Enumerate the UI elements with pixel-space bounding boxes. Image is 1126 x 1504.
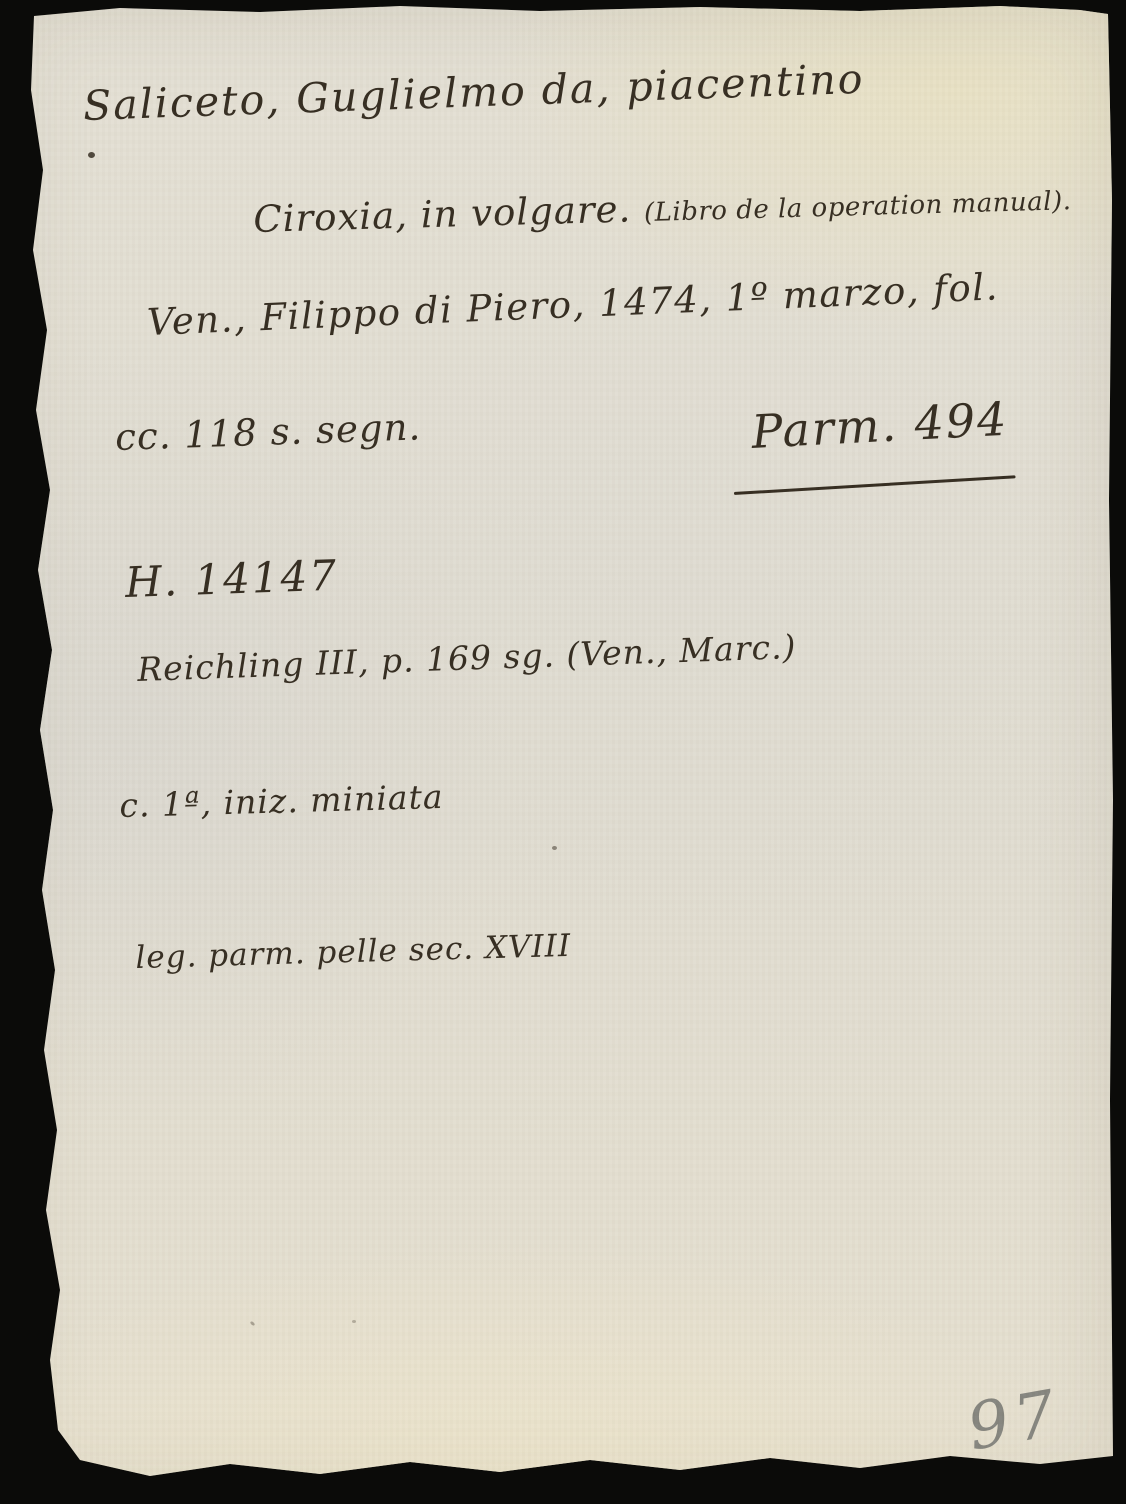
collation-note: cc. 118 s. segn.: [114, 405, 421, 459]
ink-speck: [250, 1321, 256, 1327]
catalog-card: Saliceto, Guglielmo da, piacentino Cirox…: [0, 0, 1126, 1504]
shelfmark-underline: [734, 475, 1016, 495]
illumination-note: c. 1ª, iniz. miniata: [119, 777, 444, 825]
author-heading: Saliceto, Guglielmo da, piacentino: [82, 55, 865, 130]
reichling-reference: Reichling III, p. 169 sg. (Ven., Marc.): [137, 627, 797, 689]
title-text: Ciroxia, in volgare.: [253, 187, 632, 241]
hain-reference: H. 14147: [124, 551, 339, 607]
imprint-line: Ven., Filippo di Piero, 1474, 1º marzo, …: [146, 265, 999, 344]
binding-note: leg. parm. pelle sec. XVIII: [135, 928, 572, 976]
ink-speck: [552, 846, 557, 850]
scan-backdrop: Saliceto, Guglielmo da, piacentino Cirox…: [0, 0, 1126, 1504]
title-parenthetical: (Libro de la operation manual).: [644, 186, 1072, 228]
ink-speck: [88, 152, 95, 158]
shelfmark: Parm. 494: [750, 392, 1009, 459]
ink-speck: [352, 1320, 356, 1323]
pencil-page-number: 97: [962, 1376, 1067, 1465]
title-line: Ciroxia, in volgare. (Libro de la operat…: [253, 175, 1072, 241]
